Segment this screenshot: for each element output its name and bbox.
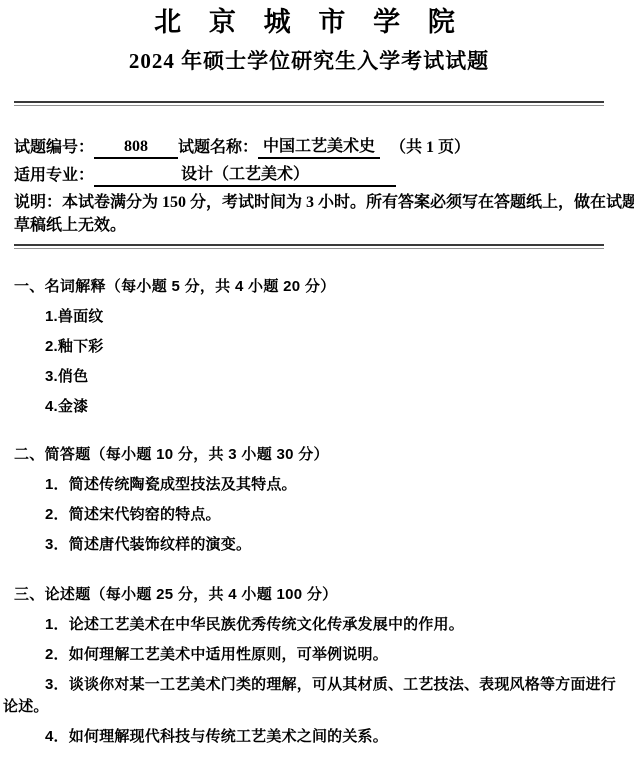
instructions-line-2: 草稿纸上无效。 [14, 214, 604, 237]
question-item: 4.金漆 [3, 396, 618, 418]
bottom-double-rule [14, 244, 604, 249]
page-count-note: （共 1 页） [390, 139, 470, 156]
section-essay: 三、论述题（每小题 25 分，共 4 小题 100 分） 1．论述工艺美术在中华… [14, 584, 604, 748]
applicable-major-row: 适用专业：设计（工艺美术） [14, 164, 604, 187]
page-title: 北 京 城 市 学 院 [14, 5, 604, 39]
exam-number-label: 试题编号： [14, 139, 94, 156]
page-subtitle: 2024 年硕士学位研究生入学考试试题 [14, 47, 604, 75]
major-value: 设计（工艺美术） [94, 164, 396, 187]
question-item: 3．简述唐代装饰纹样的演变。 [3, 534, 618, 556]
question-item: 3．谈谈你对某一工艺美术门类的理解，可从其材质、工艺技法、表现风格等方面进行论述… [3, 674, 618, 718]
section-heading: 一、名词解释（每小题 5 分，共 4 小题 20 分） [14, 276, 604, 298]
section-heading: 二、简答题（每小题 10 分，共 3 小题 30 分） [14, 444, 604, 466]
exam-name-label: 试题名称： [178, 139, 258, 156]
exam-paper-page: 北 京 城 市 学 院 2024 年硕士学位研究生入学考试试题 试题编号：808… [0, 5, 634, 758]
question-item: 2．如何理解工艺美术中适用性原则，可举例说明。 [3, 644, 618, 666]
question-item: 2．简述宋代钧窑的特点。 [3, 504, 618, 526]
question-item: 4．如何理解现代科技与传统工艺美术之间的关系。 [3, 726, 618, 748]
instructions-line-1: 说明：本试卷满分为 150 分，考试时间为 3 小时。所有答案必须写在答题纸上，… [14, 191, 604, 214]
section-heading: 三、论述题（每小题 25 分，共 4 小题 100 分） [14, 584, 604, 606]
question-item: 3.俏色 [3, 366, 618, 388]
section-term-explanation: 一、名词解释（每小题 5 分，共 4 小题 20 分） 1.兽面纹 2.釉下彩 … [14, 276, 604, 418]
exam-number-row: 试题编号：808试题名称：中国工艺美术史（共 1 页） [14, 136, 604, 159]
section-short-answer: 二、简答题（每小题 10 分，共 3 小题 30 分） 1．简述传统陶瓷成型技法… [14, 444, 604, 556]
top-double-rule [14, 101, 604, 106]
question-item: 2.釉下彩 [3, 336, 618, 358]
major-label: 适用专业： [14, 167, 94, 184]
question-item: 1.兽面纹 [3, 306, 618, 328]
question-item: 1．简述传统陶瓷成型技法及其特点。 [3, 474, 618, 496]
exam-meta-block: 试题编号：808试题名称：中国工艺美术史（共 1 页） 适用专业：设计（工艺美术… [14, 136, 604, 237]
exam-instructions: 说明：本试卷满分为 150 分，考试时间为 3 小时。所有答案必须写在答题纸上，… [14, 191, 604, 237]
exam-number-value: 808 [94, 136, 178, 159]
question-item: 1．论述工艺美术在中华民族优秀传统文化传承发展中的作用。 [3, 614, 618, 636]
exam-name-value: 中国工艺美术史 [258, 136, 380, 159]
